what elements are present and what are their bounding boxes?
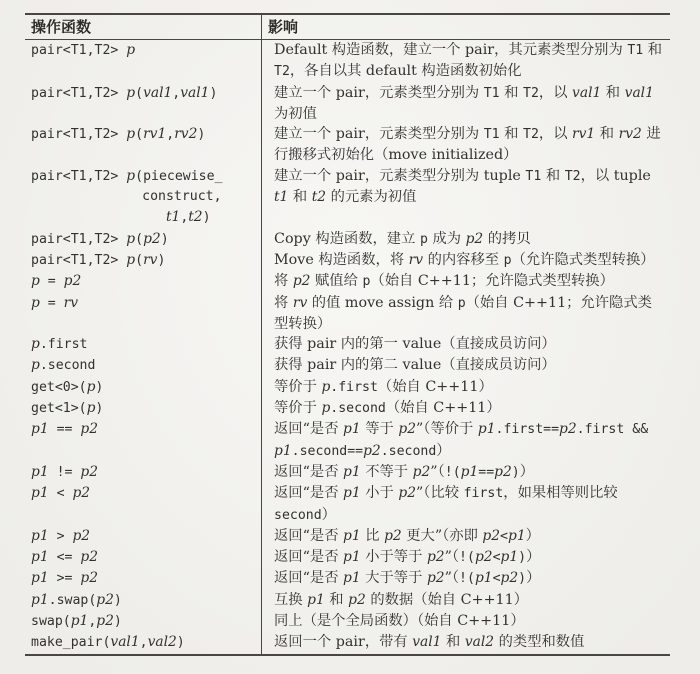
- code-segment: ,: [140, 635, 148, 650]
- operation-code-line: construct,: [31, 187, 259, 207]
- effect-cell: 等价于 p.second（始自 C++11）: [262, 398, 671, 419]
- operation-cell: p1 != p2: [25, 462, 262, 483]
- operation-code-line: p.second: [31, 355, 259, 376]
- variable-segment: rv2: [619, 126, 642, 142]
- code-segment: .second==: [292, 444, 363, 459]
- operation-code-line: p = rv: [31, 293, 259, 314]
- operation-code-line: p = p2: [31, 271, 259, 292]
- code-segment: =: [40, 296, 64, 311]
- operation-code-line: p1 == p2: [31, 419, 259, 440]
- text-segment: 返回“是否: [274, 485, 343, 501]
- variable-segment: p1: [31, 528, 49, 544]
- operation-cell: p1 == p2: [25, 419, 262, 462]
- operation-code-line: p1 > p2: [31, 526, 259, 547]
- effect-cell: 获得 pair 内的第一 value（直接成员访问）: [262, 334, 671, 355]
- code-segment: p: [504, 253, 512, 268]
- variable-segment: p2: [559, 421, 577, 437]
- variable-segment: p1: [501, 549, 519, 565]
- table-body: pair<T1,T2> pDefault 构造函数，建立一个 pair，其元素类…: [25, 40, 670, 655]
- operation-cell: p1.swap(p2): [25, 590, 262, 611]
- code-segment: .swap(: [49, 593, 97, 608]
- variable-segment: p2: [80, 570, 98, 586]
- scanned-book-page: 操作函数 影响 pair<T1,T2> pDefault 构造函数，建立一个 p…: [0, 0, 700, 674]
- variable-segment: rv1: [143, 126, 166, 142]
- text-segment: 为初值: [274, 106, 317, 122]
- text-segment: 建立一个 pair，元素类型分别为 tuple: [274, 168, 525, 184]
- text-segment: （始自 C++11；允许隐式类型转换）: [370, 273, 614, 289]
- variable-segment: p2: [427, 570, 445, 586]
- code-segment: pair<T1,T2>: [31, 86, 126, 101]
- code-segment: <: [493, 571, 501, 586]
- variable-segment: p2: [80, 464, 98, 480]
- variable-segment: val1: [572, 85, 601, 101]
- text-segment: 的拷贝: [483, 231, 530, 247]
- operation-cell: p1 > p2: [25, 526, 262, 547]
- code-segment: ): [114, 614, 122, 629]
- operation-cell: p.first: [25, 334, 262, 355]
- variable-segment: rv: [64, 295, 78, 311]
- variable-segment: p: [31, 357, 40, 373]
- text-segment: ”（: [445, 549, 459, 565]
- variable-segment: p2: [427, 549, 445, 565]
- table-row: p1 == p2返回“是否 p1 等于 p2”（等价于 p1.first==p2…: [25, 419, 670, 462]
- effect-cell: Default 构造函数，建立一个 pair，其元素类型分别为 T1 和 T2，…: [262, 40, 671, 83]
- variable-segment: p: [126, 126, 135, 142]
- text-segment: Default 构造函数，建立一个 pair，其元素类型分别为: [274, 42, 627, 58]
- variable-segment: p: [126, 42, 135, 58]
- code-segment: ): [114, 593, 122, 608]
- variable-segment: val1: [143, 85, 172, 101]
- text-segment: 更大”（亦即: [402, 528, 483, 544]
- variable-segment: p: [126, 168, 135, 184]
- text-segment: 等价于: [274, 379, 321, 395]
- text-segment: 建立一个 pair，元素类型分别为: [274, 126, 484, 142]
- operation-code-line: make_pair(val1,val2): [31, 632, 259, 653]
- variable-segment: p1: [478, 421, 496, 437]
- code-segment: .first: [40, 337, 88, 352]
- text-segment: 和: [325, 592, 348, 608]
- table-row: p = rv将 rv 的值 move assign 给 p（始自 C++11；允…: [25, 293, 670, 335]
- variable-segment: val2: [465, 634, 494, 650]
- table-row: p1 < p2返回“是否 p1 小于 p2”（比较 first，如果相等则比较 …: [25, 483, 670, 526]
- effect-cell: Copy 构造函数，建立 p 成为 p2 的拷贝: [262, 229, 671, 250]
- text-segment: 返回“是否: [274, 528, 343, 544]
- table-row: pair<T1,T2> p(p2)Copy 构造函数，建立 p 成为 p2 的拷…: [25, 229, 670, 250]
- text-segment: 和: [288, 189, 311, 205]
- variable-segment: p1: [31, 421, 49, 437]
- effect-cell: 返回“是否 p1 小于等于 p2”（!(p2<p1)）: [262, 547, 671, 568]
- variable-segment: p1: [461, 464, 479, 480]
- text-segment: 同上（是个全局函数）（始自 C++11）: [274, 613, 525, 629]
- table-row: p.first获得 pair 内的第一 value（直接成员访问）: [25, 334, 670, 355]
- code-segment: T1: [484, 86, 500, 101]
- table-row: pair<T1,T2> pDefault 构造函数，建立一个 pair，其元素类…: [25, 40, 670, 83]
- table-row: p = p2将 p2 赋值给 p（始自 C++11；允许隐式类型转换）: [25, 271, 670, 292]
- operation-cell: p.second: [25, 355, 262, 376]
- text-segment: 将: [274, 273, 293, 289]
- operation-code-line: t1,t2): [31, 207, 259, 228]
- code-segment: pair<T1,T2>: [31, 127, 126, 142]
- table-row: get<1>(p)等价于 p.second（始自 C++11）: [25, 398, 670, 419]
- variable-segment: p1: [343, 549, 361, 565]
- operation-code-line: p1.swap(p2): [31, 590, 259, 611]
- code-segment: .second: [330, 401, 386, 416]
- variable-segment: p: [321, 400, 330, 416]
- variable-segment: val1: [625, 85, 654, 101]
- code-segment: >: [49, 529, 73, 544]
- text-segment: ）: [526, 549, 540, 565]
- operation-cell: swap(p1,p2): [25, 611, 262, 632]
- text-segment: 的类型和数值: [494, 634, 584, 650]
- effect-cell: 将 p2 赋值给 p（始自 C++11；允许隐式类型转换）: [262, 271, 671, 292]
- text-segment: ）: [322, 507, 336, 523]
- code-segment: T1: [525, 169, 541, 184]
- operation-cell: get<0>(p): [25, 377, 262, 398]
- operation-cell: p1 <= p2: [25, 547, 262, 568]
- code-segment: ): [518, 571, 526, 586]
- operation-cell: p1 < p2: [25, 483, 262, 526]
- text-segment: （始自 C++11）: [386, 400, 501, 416]
- variable-segment: p: [126, 252, 135, 268]
- code-segment: .second: [381, 444, 437, 459]
- code-segment: pair<T1,T2>: [31, 232, 126, 247]
- text-segment: （允许隐式类型转换）: [512, 252, 655, 268]
- text-segment: 和: [500, 85, 523, 101]
- variable-segment: p1: [343, 570, 361, 586]
- text-segment: 将: [274, 295, 293, 311]
- text-segment: 和: [595, 126, 618, 142]
- code-segment: T2: [523, 86, 539, 101]
- text-segment: 不等于: [361, 464, 413, 480]
- text-segment: 的内容移至: [423, 252, 504, 268]
- code-segment: make_pair(: [31, 635, 110, 650]
- text-segment: 小于等于: [361, 549, 427, 565]
- effect-cell: 返回“是否 p1 大于等于 p2”（!(p1<p2)）: [262, 568, 671, 589]
- variable-segment: p1: [508, 528, 526, 544]
- variable-segment: p: [126, 231, 135, 247]
- effect-cell: Move 构造函数，将 rv 的内容移至 p（允许隐式类型转换）: [262, 250, 671, 271]
- code-segment: <: [49, 486, 73, 501]
- variable-segment: p2: [64, 273, 82, 289]
- text-segment: 返回“是否: [274, 421, 343, 437]
- code-segment: ==: [49, 422, 81, 437]
- code-segment: >=: [49, 571, 81, 586]
- variable-segment: p1: [31, 592, 49, 608]
- variable-segment: p1: [343, 528, 361, 544]
- operation-code-line: p.first: [31, 334, 259, 355]
- code-segment: (piecewise_: [135, 169, 222, 184]
- table-row: p1 <= p2返回“是否 p1 小于等于 p2”（!(p2<p1)）: [25, 547, 670, 568]
- table-row: pair<T1,T2> p(rv)Move 构造函数，将 rv 的内容移至 p（…: [25, 250, 670, 271]
- effect-cell: 返回“是否 p1 比 p2 更大”（亦即 p2<p1）: [262, 526, 671, 547]
- table-row: make_pair(val1,val2)返回一个 pair，带有 val1 和 …: [25, 632, 670, 654]
- code-segment: get<1>(: [31, 401, 87, 416]
- code-segment: T1: [484, 127, 500, 142]
- variable-segment: rv2: [174, 126, 197, 142]
- operation-code-line: p1 < p2: [31, 483, 259, 504]
- text-segment: 小于: [361, 485, 399, 501]
- variable-segment: p2: [475, 549, 493, 565]
- text-segment: 和: [601, 85, 624, 101]
- text-segment: 的元素为初值: [326, 189, 416, 205]
- text-segment: 返回“是否: [274, 549, 343, 565]
- table-row: get<0>(p)等价于 p.first（始自 C++11）: [25, 377, 670, 398]
- text-segment: 返回“是否: [274, 570, 343, 586]
- text-segment: ”（: [430, 464, 444, 480]
- text-segment: （始自 C++11）: [378, 379, 493, 395]
- operation-code-line: swap(p1,p2): [31, 611, 259, 632]
- code-segment: <: [493, 550, 501, 565]
- code-segment: ): [203, 210, 211, 225]
- code-segment: <=: [49, 550, 81, 565]
- variable-segment: p2: [398, 485, 416, 501]
- code-segment: !=: [49, 465, 81, 480]
- effect-cell: 同上（是个全局函数）（始自 C++11）: [262, 611, 671, 632]
- code-segment: <: [500, 529, 508, 544]
- operation-code-line: pair<T1,T2> p(p2): [31, 229, 259, 250]
- variable-segment: p1: [31, 549, 49, 565]
- variable-segment: val2: [148, 634, 177, 650]
- text-segment: ）: [436, 443, 450, 459]
- code-segment: ): [161, 232, 169, 247]
- text-segment: 和: [643, 42, 662, 58]
- variable-segment: val1: [110, 634, 139, 650]
- text-segment: 赋值给: [310, 273, 362, 289]
- variable-segment: p: [31, 336, 40, 352]
- pair-operations-table: 操作函数 影响 pair<T1,T2> pDefault 构造函数，建立一个 p…: [25, 13, 670, 656]
- variable-segment: p2: [72, 485, 90, 501]
- variable-segment: p: [126, 85, 135, 101]
- code-segment: pair<T1,T2>: [31, 253, 126, 268]
- text-segment: 和: [500, 126, 523, 142]
- code-segment: ): [95, 401, 103, 416]
- variable-segment: t2: [188, 209, 202, 225]
- text-segment: ）: [526, 528, 540, 544]
- operation-cell: pair<T1,T2> p(val1,val1): [25, 83, 262, 125]
- text-segment: ，如果相等则比较: [503, 485, 617, 501]
- operation-cell: make_pair(val1,val2): [25, 632, 262, 654]
- code-segment: first: [464, 486, 504, 501]
- operation-code-line: get<0>(p): [31, 377, 259, 398]
- text-segment: ”（: [445, 570, 459, 586]
- code-segment: pair<T1,T2>: [31, 43, 126, 58]
- header-operation-column: 操作函数: [25, 14, 262, 40]
- variable-segment: p2: [413, 464, 431, 480]
- variable-segment: p1: [31, 570, 49, 586]
- code-segment: =: [40, 274, 64, 289]
- operation-code-line: pair<T1,T2> p(val1,val1): [31, 83, 259, 104]
- operation-cell: pair<T1,T2> p(rv): [25, 250, 262, 271]
- text-segment: ）: [526, 570, 540, 586]
- operation-code-line: pair<T1,T2> p(piecewise_: [31, 166, 259, 187]
- operation-code-line: p1 != p2: [31, 462, 259, 483]
- table-row: p.second获得 pair 内的第二 value（直接成员访问）: [25, 355, 670, 376]
- operation-cell: p = p2: [25, 271, 262, 292]
- code-segment: .first &&: [577, 422, 648, 437]
- code-segment: !(: [445, 465, 461, 480]
- code-segment: !(: [459, 571, 475, 586]
- effect-cell: 获得 pair 内的第二 value（直接成员访问）: [262, 355, 671, 376]
- variable-segment: rv: [143, 252, 157, 268]
- variable-segment: p2: [96, 613, 114, 629]
- variable-segment: p2: [384, 528, 402, 544]
- effect-cell: 返回“是否 p1 小于 p2”（比较 first，如果相等则比较 second）: [262, 483, 671, 526]
- code-segment: (: [135, 86, 143, 101]
- code-segment: !(: [459, 550, 475, 565]
- operation-code-line: p1 <= p2: [31, 547, 259, 568]
- code-segment: T2: [274, 64, 290, 79]
- variable-segment: p1: [31, 464, 49, 480]
- table-row: swap(p1,p2)同上（是个全局函数）（始自 C++11）: [25, 611, 670, 632]
- code-segment: ): [177, 635, 185, 650]
- variable-segment: rv: [409, 252, 423, 268]
- code-segment: (: [135, 253, 143, 268]
- table-row: p1.swap(p2)互换 p1 和 p2 的数据（始自 C++11）: [25, 590, 670, 611]
- text-segment: Copy 构造函数，建立: [274, 231, 420, 247]
- code-segment: (: [135, 127, 143, 142]
- text-segment: 比: [361, 528, 384, 544]
- text-segment: 获得 pair 内的第一 value（直接成员访问）: [274, 336, 556, 352]
- variable-segment: p2: [80, 549, 98, 565]
- variable-segment: p2: [494, 464, 512, 480]
- code-segment: ==: [478, 465, 494, 480]
- variable-segment: p2: [293, 273, 311, 289]
- code-segment: ): [95, 380, 103, 395]
- variable-segment: rv1: [572, 126, 595, 142]
- text-segment: ，以: [539, 126, 572, 142]
- code-segment: .second: [40, 358, 96, 373]
- text-segment: ，以: [539, 85, 572, 101]
- table-header: 操作函数 影响: [25, 14, 670, 40]
- table-row: pair<T1,T2> p(rv1,rv2)建立一个 pair，元素类型分别为 …: [25, 124, 670, 166]
- table-row: p1 > p2返回“是否 p1 比 p2 更大”（亦即 p2<p1）: [25, 526, 670, 547]
- code-segment: p: [420, 232, 428, 247]
- effect-cell: 建立一个 pair，元素类型分别为 tuple T1 和 T2，以 tuple …: [262, 166, 671, 229]
- operation-cell: pair<T1,T2> p: [25, 40, 262, 83]
- variable-segment: p: [321, 379, 330, 395]
- code-segment: ): [512, 465, 520, 480]
- variable-segment: p1: [343, 464, 361, 480]
- text-segment: ）: [520, 464, 534, 480]
- operation-code-line: pair<T1,T2> p(rv1,rv2): [31, 124, 259, 145]
- code-segment: ): [197, 127, 205, 142]
- text-segment: 的数据（始自 C++11）: [366, 592, 528, 608]
- variable-segment: val1: [180, 85, 209, 101]
- table-row: p1 >= p2返回“是否 p1 大于等于 p2”（!(p1<p2)）: [25, 568, 670, 589]
- text-segment: ，以 tuple: [581, 168, 651, 184]
- operation-cell: pair<T1,T2> p(p2): [25, 229, 262, 250]
- effect-cell: 建立一个 pair，元素类型分别为 T1 和 T2，以 rv1 和 rv2 进行…: [262, 124, 671, 166]
- operation-code-line: pair<T1,T2> p: [31, 40, 259, 61]
- text-segment: 返回一个 pair，带有: [274, 634, 412, 650]
- operation-cell: pair<T1,T2> p(piecewise_ construct, t1,t…: [25, 166, 262, 229]
- effect-cell: 返回一个 pair，带有 val1 和 val2 的类型和数值: [262, 632, 671, 654]
- effect-cell: 建立一个 pair，元素类型分别为 T1 和 T2，以 val1 和 val1 …: [262, 83, 671, 125]
- effect-cell: 等价于 p.first（始自 C++11）: [262, 377, 671, 398]
- variable-segment: p: [31, 273, 40, 289]
- header-row: 操作函数 影响: [25, 14, 670, 40]
- text-segment: 建立一个 pair，元素类型分别为: [274, 85, 484, 101]
- effect-cell: 返回“是否 p1 不等于 p2”（!(p1==p2)）: [262, 462, 671, 483]
- operation-cell: p = rv: [25, 293, 262, 335]
- code-segment: p: [458, 296, 466, 311]
- variable-segment: p2: [72, 528, 90, 544]
- variable-segment: p1: [274, 443, 292, 459]
- effect-cell: 互换 p1 和 p2 的数据（始自 C++11）: [262, 590, 671, 611]
- code-segment: second: [274, 508, 322, 523]
- operation-code-line: p1 >= p2: [31, 568, 259, 589]
- text-segment: 等价于: [274, 400, 321, 416]
- table-row: p1 != p2返回“是否 p1 不等于 p2”（!(p1==p2)）: [25, 462, 670, 483]
- operation-code-line: get<1>(p): [31, 398, 259, 419]
- variable-segment: rv: [293, 295, 307, 311]
- text-segment: 等于: [361, 421, 399, 437]
- header-effect-column: 影响: [262, 14, 671, 40]
- code-segment: swap(: [31, 614, 71, 629]
- code-segment: get<0>(: [31, 380, 87, 395]
- variable-segment: t1: [274, 189, 288, 205]
- variable-segment: val1: [412, 634, 441, 650]
- text-segment: 获得 pair 内的第二 value（直接成员访问）: [274, 357, 556, 373]
- code-segment: .first: [330, 380, 378, 395]
- variable-segment: p: [31, 295, 40, 311]
- variable-segment: p1: [31, 485, 49, 501]
- variable-segment: p2: [96, 592, 114, 608]
- text-segment: 和: [441, 634, 464, 650]
- code-segment: T1: [627, 43, 643, 58]
- effect-cell: 返回“是否 p1 等于 p2”（等价于 p1.first==p2.first &…: [262, 419, 671, 462]
- table-row: pair<T1,T2> p(piecewise_ construct, t1,t…: [25, 166, 670, 229]
- variable-segment: p2: [482, 528, 500, 544]
- operation-cell: p1 >= p2: [25, 568, 262, 589]
- code-segment: [31, 210, 166, 225]
- text-segment: 互换: [274, 592, 307, 608]
- text-segment: 和: [541, 168, 564, 184]
- text-segment: ”（比较: [416, 485, 464, 501]
- code-segment: ): [209, 86, 217, 101]
- table-row: pair<T1,T2> p(val1,val1)建立一个 pair，元素类型分别…: [25, 83, 670, 125]
- variable-segment: p1: [343, 421, 361, 437]
- text-segment: ”（等价于: [416, 421, 478, 437]
- variable-segment: p2: [348, 592, 366, 608]
- effect-cell: 将 rv 的值 move assign 给 p（始自 C++11；允许隐式类型转…: [262, 293, 671, 335]
- code-segment: ): [518, 550, 526, 565]
- code-segment: T2: [565, 169, 581, 184]
- code-segment: ,: [166, 127, 174, 142]
- variable-segment: p2: [80, 421, 98, 437]
- variable-segment: p2: [398, 421, 416, 437]
- variable-segment: t2: [312, 189, 326, 205]
- code-segment: .first==: [496, 422, 560, 437]
- variable-segment: p2: [466, 231, 484, 247]
- operation-cell: get<1>(p): [25, 398, 262, 419]
- text-segment: Move 构造函数，将: [274, 252, 409, 268]
- operation-cell: pair<T1,T2> p(rv1,rv2): [25, 124, 262, 166]
- text-segment: 的值 move assign 给: [307, 295, 457, 311]
- code-segment: pair<T1,T2>: [31, 169, 126, 184]
- text-segment: 返回“是否: [274, 464, 343, 480]
- code-segment: T2: [523, 127, 539, 142]
- text-segment: ，各自以其 default 构造函数初始化: [290, 63, 522, 79]
- variable-segment: p1: [71, 613, 89, 629]
- variable-segment: p1: [343, 485, 361, 501]
- variable-segment: p1: [307, 592, 325, 608]
- text-segment: 大于等于: [361, 570, 427, 586]
- variable-segment: p1: [475, 570, 493, 586]
- variable-segment: t1: [166, 209, 180, 225]
- variable-segment: p2: [143, 231, 161, 247]
- code-segment: construct,: [31, 189, 222, 204]
